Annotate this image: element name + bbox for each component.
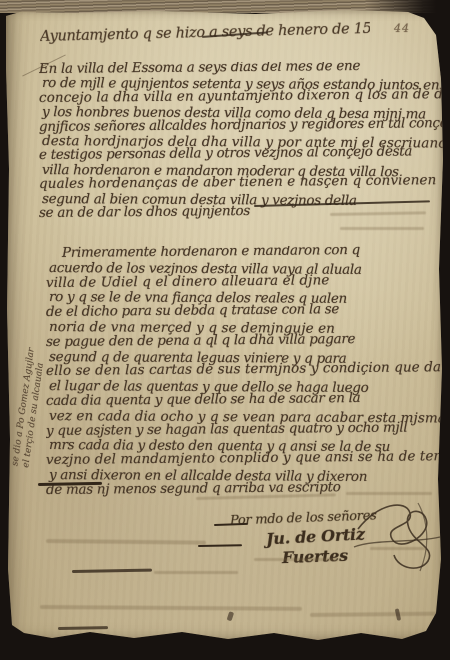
manuscript-line: vezjno del mandamjento conplido y que an…: [46, 449, 444, 468]
heading-line: Ayuntamjento q se hizo a seys de henero …: [40, 21, 370, 45]
manuscript-line: quales hordenanças de aber tienen e nasç…: [39, 173, 443, 191]
manuscript-line: ello se den las cartas de sus termjnos y…: [46, 361, 444, 380]
manuscript-line: gnjficos señores allcaldes hordjnarios y…: [39, 116, 443, 134]
manuscript-page: 44 Ayuntamjento q se hizo a seys de hene…: [6, 9, 443, 643]
manuscript-line: y que asjsten y se hagan las quentas qua…: [46, 420, 444, 439]
bleedthrough-mark: [346, 492, 432, 495]
body-paragraph-1: En la villa del Essoma a seys dias del m…: [39, 62, 443, 220]
manuscript-line: concejo la dha villa en ayuntamjento dix…: [39, 87, 443, 105]
manuscript-line: Primeramente hordenaron e mandaron con q: [46, 246, 444, 261]
manuscript-line: cada dia quenta y que dello se ha de sac…: [46, 390, 444, 409]
ink-stroke: [227, 611, 235, 621]
bleedthrough-mark: [340, 227, 424, 230]
manuscript-line: villa de Udiel q el dinero alleuara el d…: [46, 272, 444, 291]
bleedthrough-mark: [254, 558, 338, 561]
body-paragraph-2: Primeramente hordenaron e mandaron con q…: [46, 246, 444, 498]
manuscript-photo: 44 Ayuntamjento q se hizo a seys de hene…: [0, 0, 450, 660]
ink-stroke: [72, 569, 152, 573]
signature-name: Fuertes: [282, 546, 348, 567]
bleedthrough-mark: [40, 605, 302, 611]
manuscript-line: En la villa del Essoma a seys dias del m…: [39, 62, 443, 76]
manuscript-line: e testigos personas della y otros vezjno…: [39, 144, 443, 162]
bleedthrough-mark: [310, 612, 440, 617]
ink-stroke: [395, 608, 401, 621]
bleedthrough-mark: [154, 571, 238, 574]
manuscript-line: se pague den de pena a ql q la dha villa…: [46, 331, 444, 350]
manuscript-line: de el dicho para su debda q tratase con …: [46, 301, 444, 320]
signature-rubric: [348, 495, 446, 577]
ink-stroke: [198, 544, 242, 547]
bleedthrough-mark: [370, 547, 426, 550]
folio-number: 44: [394, 22, 410, 35]
bleedthrough-mark: [46, 539, 206, 545]
ink-stroke: [58, 626, 108, 629]
